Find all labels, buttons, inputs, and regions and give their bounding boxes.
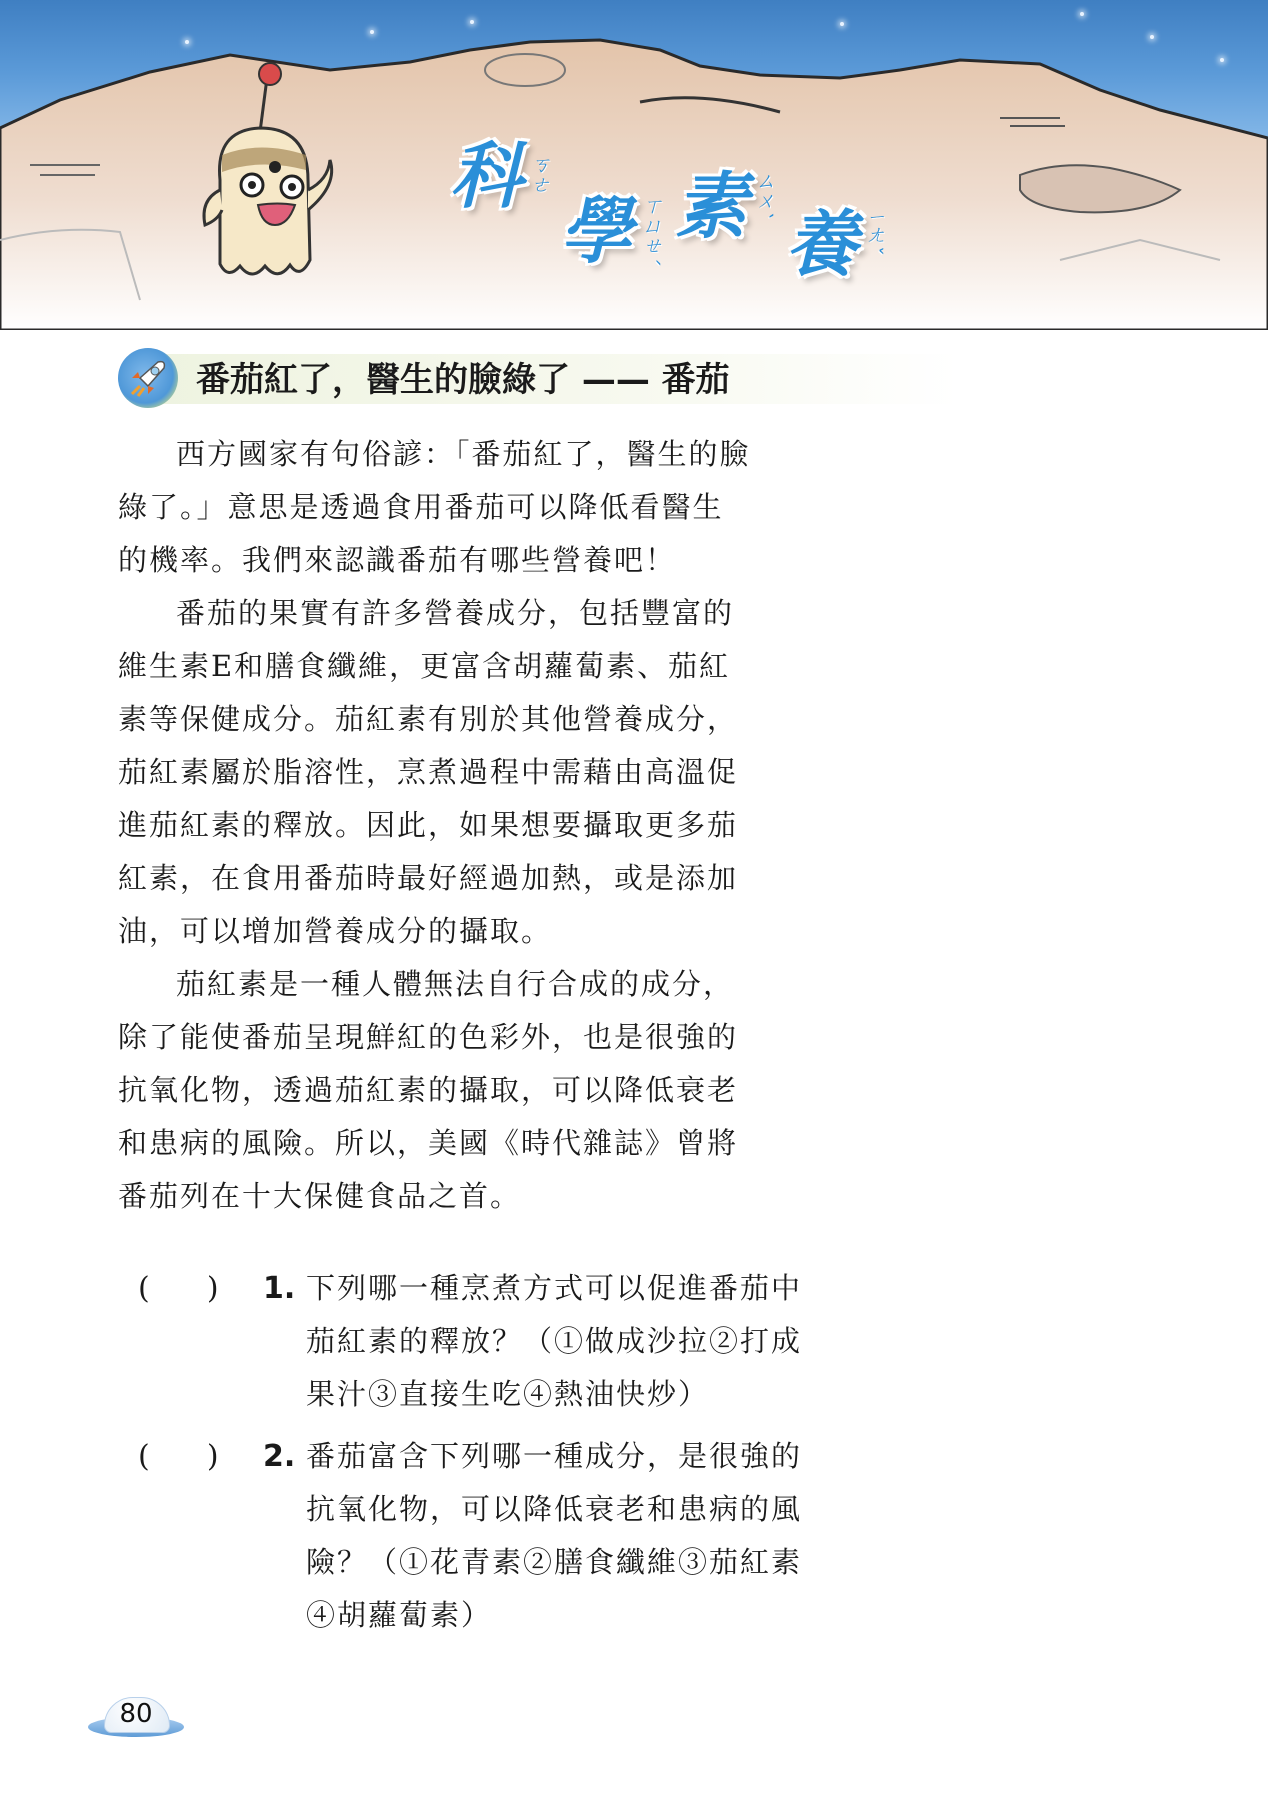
text-line: 紅素，在食用番茄時最好經過加熱，或是添加	[118, 852, 1178, 905]
star-decoration	[1220, 58, 1224, 62]
paragraph-3: 茄紅素是一種人體無法自行合成的成分， 除了能使番茄呈現鮮紅的色彩外，也是很強的 …	[118, 958, 1178, 1223]
text-line: 茄紅素屬於脂溶性，烹煮過程中需藉由高溫促	[118, 746, 1178, 799]
paragraph-2: 番茄的果實有許多營養成分，包括豐富的 維生素E和膳食纖維，更富含胡蘿蔔素、茄紅 …	[118, 587, 1178, 958]
answer-blank[interactable]: ( )	[138, 1430, 248, 1483]
question-2: ( ) 2. 番茄富含下列哪一種成分，是很強的 抗氧化物，可以降低衰老和患病的風…	[118, 1430, 1188, 1650]
title-char: 科	[450, 140, 522, 212]
text-line: 油，可以增加營養成分的攝取。	[118, 905, 1178, 958]
star-decoration	[470, 20, 474, 24]
text-line: 的機率。我們來認識番茄有哪些營養吧！	[118, 534, 1178, 587]
question-number: 2.	[263, 1430, 295, 1483]
title-zhuyin: ㄧㄤˇ	[863, 208, 884, 254]
star-decoration	[370, 30, 374, 34]
page-number: 80	[104, 1699, 168, 1729]
text-line: 下列哪一種烹煮方式可以促進番茄中	[306, 1262, 1186, 1315]
text-line: 抗氧化物，可以降低衰老和患病的風	[306, 1483, 1186, 1536]
text-line: ④胡蘿蔔素）	[306, 1589, 1186, 1642]
text-line: 西方國家有句俗諺：「番茄紅了，醫生的臉	[118, 428, 1178, 481]
question-number: 1.	[263, 1262, 295, 1315]
question-1: ( ) 1. 下列哪一種烹煮方式可以促進番茄中 茄紅素的釋放？（①做成沙拉②打成…	[118, 1262, 1188, 1422]
text-line: 抗氧化物，透過茄紅素的攝取，可以降低衰老	[118, 1064, 1178, 1117]
question-text: 下列哪一種烹煮方式可以促進番茄中 茄紅素的釋放？（①做成沙拉②打成 果汁③直接生…	[306, 1262, 1186, 1421]
page-title-science-literacy: 科 ㄎㄜ 學 ㄒㄩㄝˊ 素 ㄙㄨˋ 養 ㄧㄤˇ	[450, 140, 950, 290]
title-char: 學	[560, 195, 632, 267]
rocket-icon	[118, 348, 178, 408]
article-body: 西方國家有句俗諺：「番茄紅了，醫生的臉 綠了。」意思是透過食用番茄可以降低看醫生…	[118, 428, 1178, 1223]
ghost-mascot-illustration	[190, 60, 350, 295]
answer-blank[interactable]: ( )	[138, 1262, 248, 1315]
text-line: 番茄的果實有許多營養成分，包括豐富的	[118, 587, 1178, 640]
star-decoration	[840, 22, 844, 26]
text-line: 番茄列在十大保健食品之首。	[118, 1170, 1178, 1223]
text-line: 進茄紅素的釋放。因此，如果想要攝取更多茄	[118, 799, 1178, 852]
text-line: 番茄富含下列哪一種成分，是很強的	[306, 1430, 1186, 1483]
text-line: 和患病的風險。所以，美國《時代雜誌》曾將	[118, 1117, 1178, 1170]
section-title: 番茄紅了，醫生的臉綠了 —— 番茄	[196, 352, 730, 401]
page-number-badge: 80	[88, 1695, 188, 1741]
section-heading: 番茄紅了，醫生的臉綠了 —— 番茄	[118, 348, 958, 410]
title-zhuyin: ㄙㄨˋ	[753, 170, 774, 220]
star-decoration	[1080, 12, 1084, 16]
text-line: 茄紅素是一種人體無法自行合成的成分，	[118, 958, 1178, 1011]
title-char: 素	[675, 170, 747, 242]
text-line: 茄紅素的釋放？（①做成沙拉②打成	[306, 1315, 1186, 1368]
title-zhuyin: ㄒㄩㄝˊ	[640, 195, 661, 265]
paragraph-1: 西方國家有句俗諺：「番茄紅了，醫生的臉 綠了。」意思是透過食用番茄可以降低看醫生…	[118, 428, 1178, 587]
star-decoration	[185, 40, 189, 44]
title-char: 養	[785, 208, 857, 280]
title-zhuyin: ㄎㄜ	[528, 154, 549, 194]
text-line: 綠了。」意思是透過食用番茄可以降低看醫生	[118, 481, 1178, 534]
text-line: 果汁③直接生吃④熱油快炒）	[306, 1368, 1186, 1421]
text-line: 險？（①花青素②膳食纖維③茄紅素	[306, 1536, 1186, 1589]
question-text: 番茄富含下列哪一種成分，是很強的 抗氧化物，可以降低衰老和患病的風 險？（①花青…	[306, 1430, 1186, 1642]
star-decoration	[1150, 35, 1154, 39]
text-line: 素等保健成分。茄紅素有別於其他營養成分，	[118, 693, 1178, 746]
header-banner: 科 ㄎㄜ 學 ㄒㄩㄝˊ 素 ㄙㄨˋ 養 ㄧㄤˇ	[0, 0, 1268, 330]
text-line: 維生素E和膳食纖維，更富含胡蘿蔔素、茄紅	[118, 640, 1178, 693]
text-line: 除了能使番茄呈現鮮紅的色彩外，也是很強的	[118, 1011, 1178, 1064]
